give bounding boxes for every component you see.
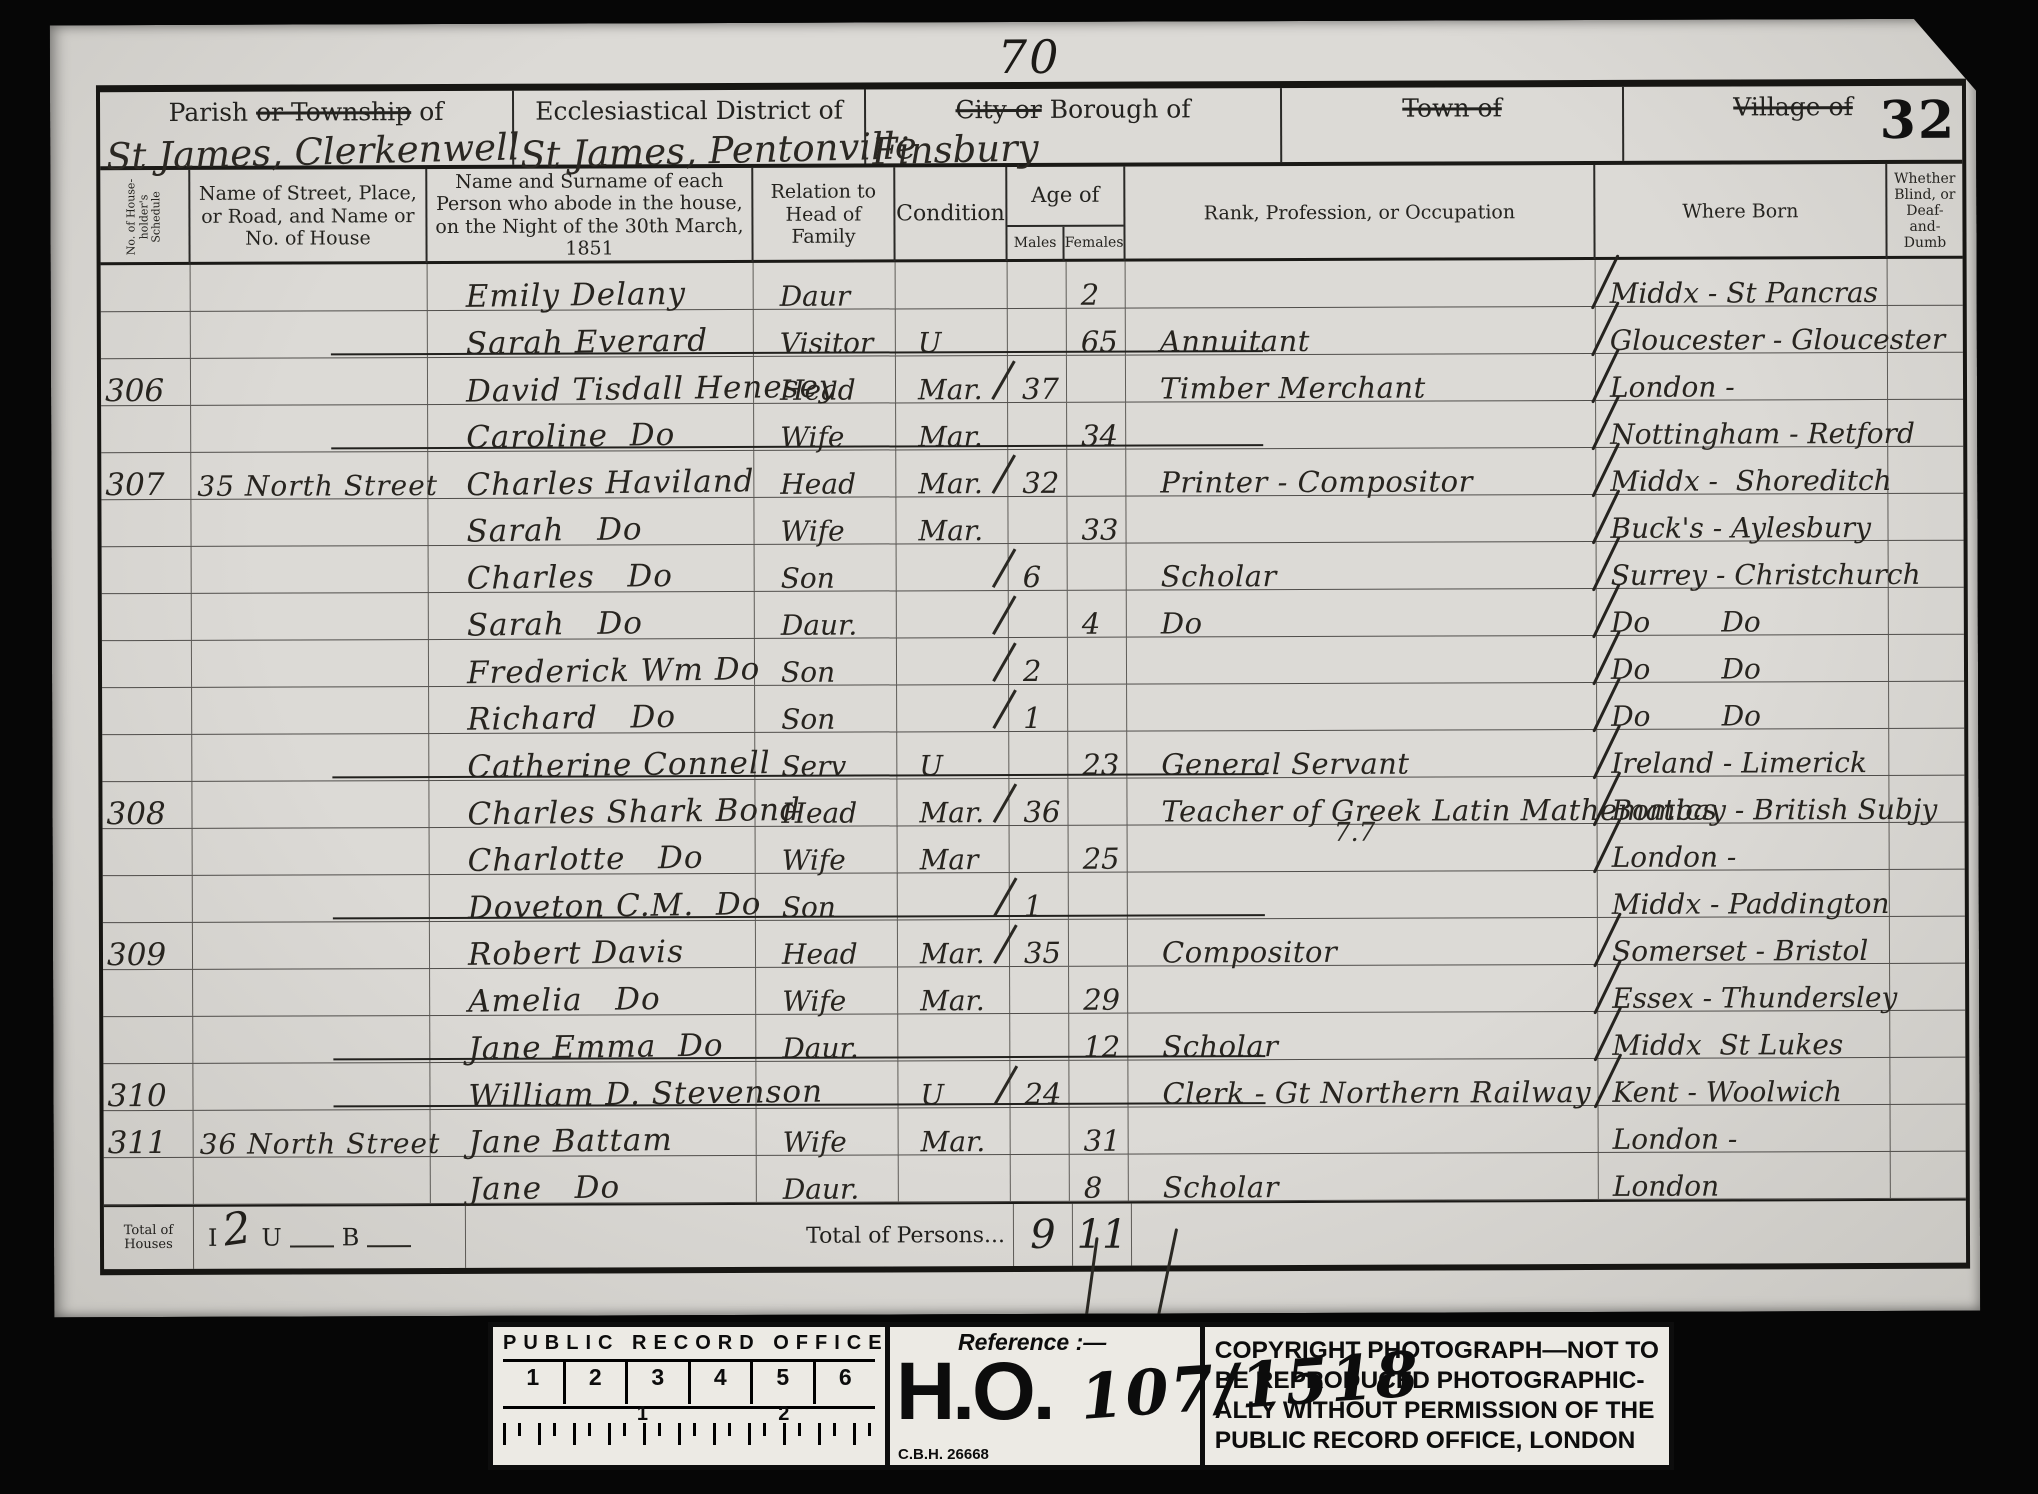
cm-ruler: 1 2 bbox=[503, 1406, 875, 1465]
pro-office-title: PUBLIC RECORD OFFICE bbox=[503, 1332, 875, 1355]
cell-age_m: 37 bbox=[1008, 356, 1067, 402]
cell-occupation bbox=[1129, 1106, 1599, 1154]
census-row: Doveton C.M. DoSon1Middx - Paddington bbox=[103, 870, 1965, 923]
cell-name: Sarah Everard bbox=[428, 310, 754, 357]
cell-schedule bbox=[103, 876, 193, 922]
cell-age_m bbox=[1008, 262, 1067, 308]
census-rows: Emily DelanyDaur2Middx - St PancrasSarah… bbox=[101, 259, 1966, 1205]
cell-street bbox=[192, 687, 429, 734]
col-relation: Relation to Head of Family bbox=[753, 167, 895, 261]
census-row: 310William D. StevensonU24Clerk - Gt Nor… bbox=[103, 1058, 1965, 1111]
census-row: 309Robert DavisHeadMar.35CompositorSomer… bbox=[103, 917, 1965, 970]
cell-street bbox=[193, 1016, 430, 1063]
cell-age_f: 23 bbox=[1068, 732, 1127, 778]
cell-disab bbox=[1888, 400, 1963, 446]
cell-age_m bbox=[1009, 591, 1068, 637]
cell-name: Sarah Do bbox=[429, 592, 755, 639]
cell-condition: Mar bbox=[898, 826, 1010, 872]
cell-name: David Tisdall Henesey bbox=[428, 357, 754, 404]
cell-condition bbox=[897, 591, 1009, 637]
cell-where_born: Middx St Lukes bbox=[1598, 1011, 1890, 1058]
cell-condition bbox=[898, 1014, 1010, 1060]
cell-condition: Mar. bbox=[897, 779, 1009, 825]
cell-disab bbox=[1891, 1152, 1966, 1198]
cell-relation: Wife bbox=[756, 967, 898, 1013]
cell-schedule: 310 bbox=[103, 1064, 193, 1110]
occupation-annotation: 7.7 bbox=[1334, 820, 1375, 846]
cell-age_m bbox=[1010, 826, 1069, 872]
inch-ruler: 123456 bbox=[503, 1359, 875, 1404]
cell-relation: Wife bbox=[754, 403, 896, 449]
cell-age_m: 24 bbox=[1010, 1061, 1069, 1107]
cell-occupation: Scholar bbox=[1127, 542, 1597, 590]
cell-where_born: Buck's - Aylesbury bbox=[1596, 494, 1888, 541]
cell-street bbox=[191, 405, 428, 452]
cell-schedule bbox=[102, 688, 192, 734]
folio-number: 32 bbox=[1880, 90, 1957, 151]
cell-age_m: 6 bbox=[1009, 544, 1068, 590]
form-header: Parish or Township ofSt James, Clerkenwe… bbox=[100, 86, 1962, 170]
cell-occupation bbox=[1127, 683, 1597, 731]
cell-name: Charles Shark Bond bbox=[429, 780, 755, 827]
cell-relation: Son bbox=[756, 873, 898, 919]
cell-schedule: 309 bbox=[103, 923, 193, 969]
column-headers: No. of House-holder's Schedule Name of S… bbox=[100, 164, 1962, 265]
cell-street bbox=[192, 593, 429, 640]
cell-schedule bbox=[101, 265, 191, 311]
cell-condition bbox=[899, 1155, 1011, 1201]
cell-disab bbox=[1888, 353, 1963, 399]
cell-schedule bbox=[102, 547, 192, 593]
cell-disab bbox=[1891, 1105, 1966, 1151]
cell-age_m bbox=[1008, 497, 1067, 543]
cell-where_born: Middx - St Pancras bbox=[1596, 259, 1888, 306]
cell-disab bbox=[1890, 917, 1965, 963]
cell-disab bbox=[1890, 964, 1965, 1010]
census-row: Richard DoSon1Do Do bbox=[102, 682, 1964, 735]
census-row: Caroline DoWifeMar.34Nottingham - Retfor… bbox=[101, 400, 1963, 453]
cell-where_born: Do Do bbox=[1597, 588, 1889, 635]
census-row: Sarah EverardVisitorU65AnnuitantGloucest… bbox=[101, 306, 1963, 359]
cell-condition: Mar. bbox=[899, 1108, 1011, 1154]
cell-age_f bbox=[1067, 356, 1126, 402]
cell-age_f bbox=[1069, 920, 1128, 966]
census-row: Jane Emma DoDaur.12ScholarMiddx St Lukes bbox=[103, 1011, 1965, 1064]
cell-relation: Daur. bbox=[756, 1014, 898, 1060]
cell-street bbox=[191, 358, 428, 405]
cell-schedule bbox=[103, 970, 193, 1016]
cell-age_m bbox=[1010, 1014, 1069, 1060]
cell-schedule bbox=[103, 829, 193, 875]
col-street: Name of Street, Place, or Road, and Name… bbox=[190, 169, 427, 263]
cell-disab bbox=[1889, 729, 1964, 775]
reference-box: Reference :— H.O. 107/1518 C.B.H. 26668 bbox=[890, 1327, 1205, 1465]
cell-street bbox=[192, 640, 429, 687]
cell-relation: Wife bbox=[754, 497, 896, 543]
cell-condition: U bbox=[898, 1061, 1010, 1107]
cell-where_born: Ireland - Limerick bbox=[1597, 729, 1889, 776]
cell-schedule: 308 bbox=[102, 782, 192, 828]
cell-relation: Head bbox=[755, 779, 897, 825]
header-field-value: Finsbury bbox=[872, 126, 1039, 173]
cell-schedule bbox=[101, 500, 191, 546]
cell-name: Sarah Do bbox=[428, 498, 754, 545]
cell-condition: Mar. bbox=[898, 967, 1010, 1013]
cell-condition: Mar. bbox=[896, 403, 1008, 449]
cell-relation: Daur. bbox=[757, 1155, 899, 1201]
cell-condition bbox=[896, 262, 1008, 308]
cell-age_f: 65 bbox=[1067, 309, 1126, 355]
cell-age_f: 31 bbox=[1070, 1108, 1129, 1154]
cell-disab bbox=[1889, 776, 1964, 822]
cell-where_born: Middx - Paddington bbox=[1598, 870, 1890, 917]
cell-occupation: Teacher of Greek Latin Mathematics7.7 bbox=[1127, 777, 1597, 825]
cell-occupation bbox=[1126, 260, 1596, 308]
cell-schedule bbox=[103, 1017, 193, 1063]
cell-name: William D. Stevenson bbox=[430, 1062, 756, 1109]
census-photograph: { "page_number_annotation": "70", "folio… bbox=[0, 0, 2038, 1494]
cell-schedule: 306 bbox=[101, 359, 191, 405]
cell-age_m bbox=[1010, 967, 1069, 1013]
census-row: 31136 North StreetJane BattamWifeMar.31L… bbox=[104, 1105, 1966, 1158]
cell-schedule bbox=[102, 594, 192, 640]
header-field-1: Ecclesiastical District ofSt James, Pent… bbox=[514, 90, 866, 165]
cell-disab bbox=[1889, 635, 1964, 681]
pro-ruler: PUBLIC RECORD OFFICE 123456 1 2 bbox=[493, 1327, 890, 1465]
cell-where_born: Somerset - Bristol bbox=[1598, 917, 1890, 964]
census-row: Charlotte DoWifeMar25London - bbox=[103, 823, 1965, 876]
ruler-inch-number: 5 bbox=[753, 1362, 816, 1404]
cell-age_f: 25 bbox=[1069, 826, 1128, 872]
ruler-inch-number: 2 bbox=[566, 1362, 629, 1404]
cell-age_f bbox=[1069, 873, 1128, 919]
cell-condition: U bbox=[897, 732, 1009, 778]
handwritten-houses-total: 2 bbox=[220, 1201, 255, 1255]
col-age: Age of Males Females bbox=[1007, 167, 1125, 261]
cell-condition: U bbox=[896, 309, 1008, 355]
cell-street bbox=[191, 264, 428, 311]
cell-relation: Head bbox=[754, 356, 896, 402]
cell-where_born: Do Do bbox=[1597, 682, 1889, 729]
cell-disab bbox=[1888, 494, 1963, 540]
cell-condition bbox=[897, 638, 1009, 684]
copyright-line: PUBLIC RECORD OFFICE, LONDON bbox=[1215, 1426, 1659, 1456]
header-field-0: Parish or Township ofSt James, Clerkenwe… bbox=[100, 91, 514, 166]
census-row: Emily DelanyDaur2Middx - St Pancras bbox=[101, 259, 1963, 312]
cell-disab bbox=[1888, 259, 1963, 305]
cell-age_f bbox=[1067, 450, 1126, 496]
cell-condition bbox=[897, 544, 1009, 590]
cell-name: Amelia Do bbox=[430, 968, 756, 1015]
cell-disab bbox=[1890, 870, 1965, 916]
cell-name: Charles Haviland bbox=[428, 451, 754, 498]
cell-schedule bbox=[102, 735, 192, 781]
cbh-number: C.B.H. 26668 bbox=[898, 1446, 989, 1463]
cell-relation: Son bbox=[755, 638, 897, 684]
cell-occupation: Compositor bbox=[1128, 918, 1598, 966]
cell-name: Jane Do bbox=[431, 1156, 757, 1203]
census-row: 308Charles Shark BondHeadMar.36Teacher o… bbox=[102, 776, 1964, 829]
cell-where_born: Kent - Woolwich bbox=[1598, 1058, 1890, 1105]
cell-name: Richard Do bbox=[429, 686, 755, 733]
cell-name: Frederick Wm Do bbox=[429, 639, 755, 686]
cell-street bbox=[194, 1157, 431, 1204]
cell-name: Jane Battam bbox=[431, 1109, 757, 1156]
cell-street bbox=[193, 969, 430, 1016]
cell-schedule: 307 bbox=[101, 453, 191, 499]
cell-where_born: Middx - Shoreditch bbox=[1596, 447, 1888, 494]
houses-tally: I 2 U B bbox=[194, 1206, 466, 1269]
cell-occupation: Scholar bbox=[1129, 1153, 1599, 1201]
cell-age_m bbox=[1011, 1155, 1070, 1201]
cell-age_f: 29 bbox=[1069, 967, 1128, 1013]
cell-name: Catherine Connell bbox=[429, 733, 755, 780]
cell-occupation: Timber Merchant bbox=[1126, 354, 1596, 402]
cell-condition bbox=[897, 685, 1009, 731]
col-name: Name and Surname of each Person who abod… bbox=[427, 168, 753, 263]
cell-occupation: Do bbox=[1127, 589, 1597, 637]
cell-condition bbox=[898, 873, 1010, 919]
cell-occupation bbox=[1126, 495, 1596, 543]
cell-street bbox=[192, 546, 429, 593]
cell-occupation: General Servant bbox=[1127, 730, 1597, 778]
cell-condition: Mar. bbox=[896, 497, 1008, 543]
ruler-inch-number: 6 bbox=[816, 1362, 876, 1404]
census-form: Parish or Township ofSt James, Clerkenwe… bbox=[96, 79, 1970, 1276]
cell-street: 35 North Street bbox=[191, 452, 428, 499]
cell-relation: Son bbox=[755, 685, 897, 731]
cell-street bbox=[191, 311, 428, 358]
cell-disab bbox=[1888, 306, 1963, 352]
cell-street bbox=[191, 499, 428, 546]
cell-age_m: 2 bbox=[1009, 638, 1068, 684]
header-field-2: City or Borough ofFinsbury bbox=[866, 88, 1282, 163]
cell-where_born: London - bbox=[1596, 353, 1888, 400]
cell-where_born: Essex - Thundersley bbox=[1598, 964, 1890, 1011]
cell-relation: Head bbox=[754, 450, 896, 496]
cell-age_m bbox=[1008, 403, 1067, 449]
cell-age_m bbox=[1008, 309, 1067, 355]
cell-name: Doveton C.M. Do bbox=[430, 874, 756, 921]
cell-age_f: 12 bbox=[1069, 1014, 1128, 1060]
census-row: 306David Tisdall HeneseyHeadMar.37Timber… bbox=[101, 353, 1963, 406]
header-field-3: Town of bbox=[1282, 87, 1624, 162]
totals-row: Total of Houses I 2 U B Total of Persons… bbox=[104, 1199, 1966, 1269]
col-disability: Whether Blind, or Deaf-and-Dumb bbox=[1887, 164, 1962, 258]
cell-where_born: Bombay - British Subjy bbox=[1597, 776, 1889, 823]
col-schedule: No. of House-holder's Schedule bbox=[100, 170, 190, 264]
cell-where_born: Surrey - Christchurch bbox=[1597, 541, 1889, 588]
cell-disab bbox=[1889, 541, 1964, 587]
cell-age_f bbox=[1068, 638, 1127, 684]
cell-name: Charles Do bbox=[429, 545, 755, 592]
census-page-scan: 70 Parish or Township ofSt James, Clerke… bbox=[50, 19, 1980, 1318]
cell-street bbox=[193, 875, 430, 922]
cell-occupation bbox=[1127, 636, 1597, 684]
cell-occupation: Clerk - Gt Northern Railway bbox=[1128, 1059, 1598, 1107]
cell-relation: Wife bbox=[756, 826, 898, 872]
cell-where_born: London bbox=[1599, 1152, 1891, 1199]
census-row: 30735 North StreetCharles HavilandHeadMa… bbox=[101, 447, 1963, 500]
cell-relation: Head bbox=[756, 920, 898, 966]
cell-age_f bbox=[1068, 544, 1127, 590]
cell-where_born: Do Do bbox=[1597, 635, 1889, 682]
cell-relation: Daur. bbox=[755, 591, 897, 637]
ruler-inch-number: 3 bbox=[628, 1362, 691, 1404]
cell-relation: Visitor bbox=[754, 309, 896, 355]
cell-schedule bbox=[102, 641, 192, 687]
cell-relation: Daur bbox=[754, 262, 896, 308]
cell-relation: Wife bbox=[757, 1108, 899, 1154]
cell-schedule bbox=[104, 1158, 194, 1204]
total-males: 9 bbox=[1014, 1204, 1073, 1266]
census-row: Frederick Wm DoSon2Do Do bbox=[102, 635, 1964, 688]
cell-age_m: 32 bbox=[1008, 450, 1067, 496]
cell-occupation bbox=[1126, 401, 1596, 449]
cell-age_f bbox=[1068, 779, 1127, 825]
cell-where_born: London - bbox=[1599, 1105, 1891, 1152]
cell-schedule: 311 bbox=[104, 1111, 194, 1157]
cell-age_f: 4 bbox=[1068, 591, 1127, 637]
pro-reference-strip: PUBLIC RECORD OFFICE 123456 1 2 Referenc… bbox=[488, 1322, 1674, 1470]
cell-street bbox=[192, 734, 429, 781]
cell-occupation: Printer - Compositor bbox=[1126, 448, 1596, 496]
census-row: Amelia DoWifeMar.29Essex - Thundersley bbox=[103, 964, 1965, 1017]
cell-age_f: 33 bbox=[1067, 497, 1126, 543]
cell-age_f bbox=[1068, 685, 1127, 731]
cell-street bbox=[192, 781, 429, 828]
cell-occupation: Scholar bbox=[1128, 1012, 1598, 1060]
cell-occupation: Annuitant bbox=[1126, 307, 1596, 355]
ruler-inch-number: 4 bbox=[691, 1362, 754, 1404]
cell-street bbox=[193, 1063, 430, 1110]
cell-relation: Serv bbox=[755, 732, 897, 778]
col-condition: Condition bbox=[895, 167, 1007, 261]
cell-name: Charlotte Do bbox=[430, 827, 756, 874]
col-occupation: Rank, Profession, or Occupation bbox=[1125, 165, 1595, 260]
cell-condition: Mar. bbox=[896, 356, 1008, 402]
cell-age_m: 1 bbox=[1010, 873, 1069, 919]
census-row: Sarah DoWifeMar.33Buck's - Aylesbury bbox=[101, 494, 1963, 547]
cell-disab bbox=[1890, 823, 1965, 869]
col-females: Females bbox=[1065, 226, 1124, 260]
cell-street: 36 North Street bbox=[194, 1110, 431, 1157]
cell-occupation bbox=[1128, 871, 1598, 919]
cell-where_born: Nottingham - Retford bbox=[1596, 400, 1888, 447]
cell-where_born: London - bbox=[1598, 823, 1890, 870]
cell-name: Emily Delany bbox=[428, 263, 754, 310]
cell-disab bbox=[1890, 1011, 1965, 1057]
cell-condition: Mar. bbox=[898, 920, 1010, 966]
ruler-inch-number: 1 bbox=[503, 1362, 566, 1404]
census-row: Charles DoSon6ScholarSurrey - Christchur… bbox=[102, 541, 1964, 594]
handwritten-page-number: 70 bbox=[998, 30, 1061, 87]
cell-age_m bbox=[1011, 1108, 1070, 1154]
cell-disab bbox=[1889, 682, 1964, 728]
cell-disab bbox=[1890, 1058, 1965, 1104]
reference-series-stamp: H.O. bbox=[896, 1355, 1053, 1429]
cell-disab bbox=[1889, 588, 1964, 634]
cell-age_m: 1 bbox=[1009, 685, 1068, 731]
cell-name: Robert Davis bbox=[430, 921, 756, 968]
cell-age_m: 35 bbox=[1010, 920, 1069, 966]
cell-age_f: 8 bbox=[1070, 1155, 1129, 1201]
cell-relation bbox=[756, 1061, 898, 1107]
cell-disab bbox=[1888, 447, 1963, 493]
cell-age_m: 36 bbox=[1009, 779, 1068, 825]
cell-relation: Son bbox=[755, 544, 897, 590]
col-males: Males bbox=[1007, 226, 1064, 260]
cell-street bbox=[193, 922, 430, 969]
cell-where_born: Gloucester - Gloucester bbox=[1596, 306, 1888, 353]
cell-condition: Mar. bbox=[896, 450, 1008, 496]
cell-schedule bbox=[101, 312, 191, 358]
cell-street bbox=[193, 828, 430, 875]
cell-occupation bbox=[1128, 965, 1598, 1013]
census-row: Jane DoDaur.8ScholarLondon bbox=[104, 1152, 1966, 1205]
col-where-born: Where Born bbox=[1595, 164, 1887, 259]
cell-age_f bbox=[1069, 1061, 1128, 1107]
cell-age_f: 34 bbox=[1067, 403, 1126, 449]
census-row: Sarah DoDaur.4DoDo Do bbox=[102, 588, 1964, 641]
cell-age_f: 2 bbox=[1067, 262, 1126, 308]
cell-age_m bbox=[1009, 732, 1068, 778]
cell-name: Jane Emma Do bbox=[430, 1015, 756, 1062]
cell-schedule bbox=[101, 406, 191, 452]
total-houses-label: Total of Houses bbox=[104, 1207, 194, 1269]
cell-name: Caroline Do bbox=[428, 404, 754, 451]
total-females: 11 bbox=[1073, 1204, 1132, 1266]
total-persons-label: Total of Persons... bbox=[466, 1204, 1014, 1268]
census-row: Catherine ConnellServU23General ServantI… bbox=[102, 729, 1964, 782]
